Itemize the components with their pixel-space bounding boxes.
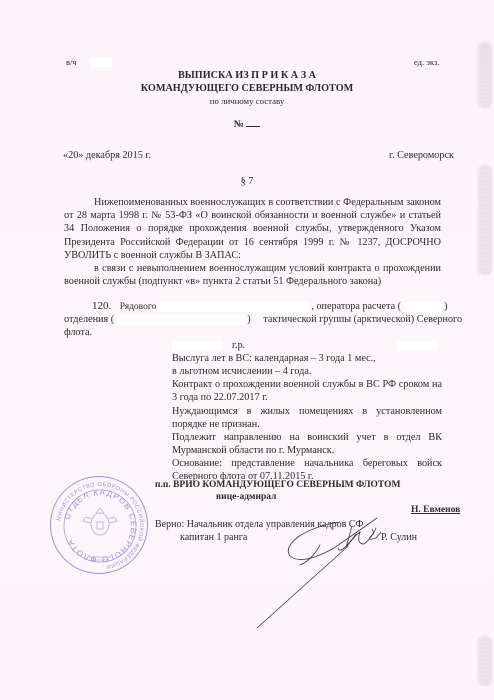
stamp-ring-text: МИНИСТЕРСТВО ОБОРОНЫ РОССИЙСКОЙ ФЕДЕРАЦИ… xyxy=(51,477,149,575)
detail-service-calendar: Выслуга лет в ВС: календарная – 3 года 1… xyxy=(172,352,376,365)
birth-year-label: г.р. xyxy=(232,339,245,352)
official-stamp: МИНИСТЕРСТВО ОБОРОНЫ РОССИЙСКОЙ ФЕДЕРАЦИ… xyxy=(50,476,148,574)
order-number: № xyxy=(0,117,494,130)
number-label: № xyxy=(234,119,244,130)
detail-service-preferential: в льготном исчислении – 4 года. xyxy=(172,365,311,378)
unit-number-redaction xyxy=(90,57,112,67)
position-prefix: , оператора расчета ( xyxy=(311,301,401,312)
signatory-name: Н. Евменов xyxy=(411,505,460,515)
signatory-title: п.п. ВРИО КОМАНДУЮЩЕГО СЕВЕРНЫМ ФЛОТОМ xyxy=(155,480,401,490)
unit-redaction xyxy=(404,302,442,312)
department-redaction xyxy=(117,315,245,325)
position-suffix: ) xyxy=(444,301,447,312)
detail-contract: Контракт о прохождении военной службы в … xyxy=(172,378,442,404)
order-date: «20» декабря 2015 г. xyxy=(63,149,151,162)
order-city: г. Североморск xyxy=(389,149,454,162)
item-rank: Рядового xyxy=(120,302,156,312)
document-page: в/ч ед. экз. ВЫПИСКА ИЗ П Р И К А З А КО… xyxy=(0,0,494,700)
birthdate-redaction xyxy=(172,341,222,351)
number-value xyxy=(246,117,260,127)
item-line3: флота. xyxy=(64,326,92,339)
unit-label: в/ч xyxy=(66,57,77,67)
document-title-line2: КОМАНДУЮЩЕГО СЕВЕРНЫМ ФЛОТОМ xyxy=(0,82,494,95)
name-redaction xyxy=(159,302,309,312)
id-redaction xyxy=(397,341,437,351)
section-number: § 7 xyxy=(0,175,494,188)
certification-line: Верно: Начальник отдела управления кадро… xyxy=(155,519,363,530)
unit-suffix: ) тактической группы (арктической) Север… xyxy=(247,314,462,325)
item-number: 120. xyxy=(92,300,111,312)
unit-prefix: отделения ( xyxy=(64,314,114,325)
reason-paragraph: в связи с невыполнением военнослужащим у… xyxy=(64,262,441,288)
scan-edge-smudge-bottom xyxy=(478,636,492,686)
signatory-rank: вице-адмирал xyxy=(216,492,276,502)
svg-text:ОТДЕЛ КАДРОВ СЕВЕРНОГО ФЛОТА: ОТДЕЛ КАДРОВ СЕВЕРНОГО ФЛОТА xyxy=(63,488,138,564)
item-line2: отделения ( ) тактической группы (арктич… xyxy=(64,313,462,326)
certifier-name: Р. Сулин xyxy=(381,532,417,543)
item-line1: 120. Рядового , оператора расчета ( ) xyxy=(64,300,441,314)
document-subtitle: по личному составу xyxy=(0,96,494,106)
copy-label: ед. экз. xyxy=(414,57,439,67)
detail-registration: Подлежит направлению на воинский учет в … xyxy=(172,431,442,457)
certifier-rank: капитан 1 ранга xyxy=(180,532,247,543)
document-title-line1: ВЫПИСКА ИЗ П Р И К А З А xyxy=(0,69,494,82)
detail-housing: Нуждающимся в жилых помещениях в установ… xyxy=(172,405,442,431)
preamble-paragraph: Нижепоименованных военнослужащих в соотв… xyxy=(64,196,441,262)
coat-of-arms-icon xyxy=(83,508,117,535)
